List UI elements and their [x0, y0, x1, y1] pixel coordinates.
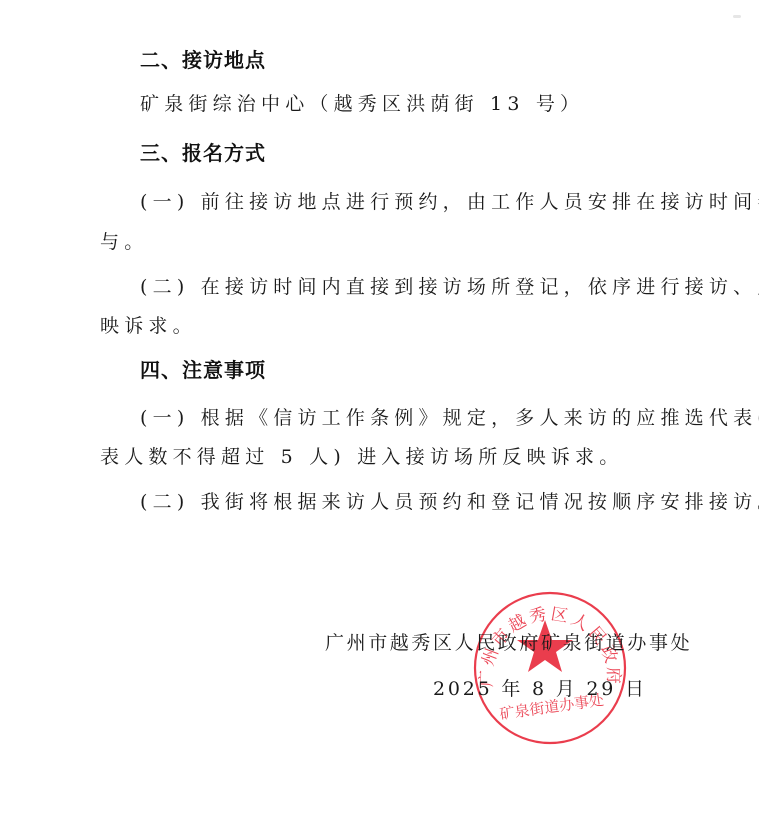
scan-artifact [733, 15, 741, 18]
notes-item-2-line-1: (二) 我街将根据来访人员预约和登记情况按顺序安排接访。 [140, 490, 759, 514]
location-text: 矿泉街综治中心（越秀区洪荫街 13 号） [140, 92, 584, 116]
section-heading-location: 二、接访地点 [140, 48, 266, 72]
registration-item-2-line-1: (二) 在接访时间内直接到接访场所登记，依序进行接访、反 [140, 275, 759, 299]
registration-item-2-line-2: 映诉求。 [100, 314, 197, 338]
document-page: 二、接访地点 矿泉街综治中心（越秀区洪荫街 13 号） 三、报名方式 (一) 前… [0, 0, 759, 816]
notes-item-1-line-1: (一) 根据《信访工作条例》规定，多人来访的应推选代表(代 [140, 406, 759, 430]
registration-item-1-line-1: (一) 前往接访地点进行预约，由工作人员安排在接访时间参 [140, 190, 759, 214]
official-seal-icon: 广州市越秀区人民政府 矿泉街道办事处 [472, 590, 628, 746]
notes-item-1-line-2: 表人数不得超过 5 人) 进入接访场所反映诉求。 [100, 445, 623, 469]
issuer-name: 广州市越秀区人民政府矿泉街道办事处 [325, 631, 692, 655]
issue-date: 2025 年 8 月 29 日 [433, 677, 647, 701]
section-heading-notes: 四、注意事项 [140, 358, 266, 382]
registration-item-1-line-2: 与。 [100, 230, 148, 254]
section-heading-registration: 三、报名方式 [140, 141, 266, 165]
